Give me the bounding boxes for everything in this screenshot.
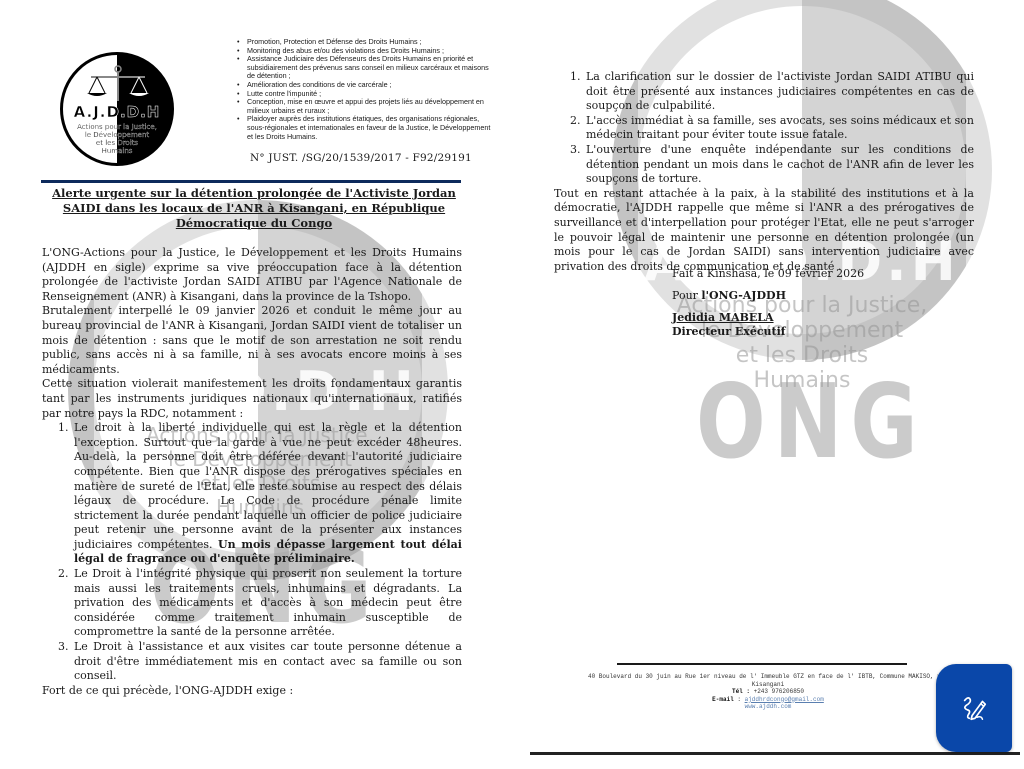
on-behalf-of: Pour l'ONG-AJDDH: [672, 289, 864, 303]
edit-sign-button[interactable]: [936, 664, 1012, 752]
registration-number: N° JUST. /SG/20/1539/2017 - F92/29191: [250, 152, 472, 164]
logo-subtitle: Actions pour la Justice, le Développemen…: [67, 123, 167, 155]
phone-label: Tél :: [732, 688, 750, 695]
footer-divider: [617, 663, 907, 665]
right-text: Le droit à la liberté individuelle qui e…: [74, 421, 462, 551]
page1-body: L'ONG-Actions pour la Justice, le Dévelo…: [42, 246, 462, 698]
watermark-line: et les Droits: [632, 343, 972, 368]
document-page-1: A.J.D.D.H Actions pour la Justice, le Dé…: [0, 0, 512, 769]
signatory-role: Directeur Exécutif: [672, 325, 864, 339]
intro-paragraph: L'ONG-Actions pour la Justice, le Dévelo…: [42, 246, 462, 304]
mission-item: Plaidoyer auprès des institutions étatiq…: [236, 115, 498, 141]
header-divider: [41, 180, 461, 183]
mission-list: Promotion, Protection et Défense des Dro…: [236, 38, 498, 141]
logo-subtitle-line: Humains: [67, 147, 167, 155]
demand-item: La clarification sur le dossier de l'act…: [584, 70, 974, 114]
email-separator: :: [734, 696, 745, 703]
on-behalf-org: l'ONG-AJDDH: [701, 289, 786, 302]
closing-line: Fort de ce qui précède, l'ONG-AJDDH exig…: [42, 684, 462, 699]
scales-of-justice-icon: [83, 65, 153, 103]
violation-paragraph: Cette situation violerait manifestement …: [42, 377, 462, 421]
document-title: Alerte urgente sur la détention prolongé…: [44, 186, 464, 231]
watermark-ong: ONG: [696, 363, 926, 482]
page2-body: La clarification sur le dossier de l'act…: [554, 70, 974, 274]
email-label: E-mail: [712, 696, 734, 703]
demand-item: L'ouverture d'une enquête indépendante s…: [584, 143, 974, 187]
logo-acronym: A.J.D.D.H: [63, 103, 171, 121]
logo-subtitle-line: et les Droits: [67, 139, 167, 147]
pen-scribble-icon: [959, 693, 989, 723]
email-link[interactable]: ajddhrdcongo@gmail.com: [745, 696, 824, 703]
right-item: Le Droit à l'intégrité physique qui pros…: [72, 567, 462, 640]
conclusion-paragraph: Tout en restant attachée à la paix, à la…: [554, 187, 974, 275]
rights-list: Le droit à la liberté individuelle qui e…: [42, 421, 462, 684]
signatory-name: Jedidia MABELA: [672, 311, 864, 325]
mission-item: Conception, mise en œuvre et appui des p…: [236, 98, 498, 115]
watermark-line: Humains: [632, 368, 972, 393]
demand-item: L'accès immédiat à sa famille, ses avoca…: [584, 114, 974, 143]
right-item: Le droit à la liberté individuelle qui e…: [72, 421, 462, 567]
logo-subtitle-line: Actions pour la Justice,: [67, 123, 167, 131]
arrest-paragraph: Brutalement interpellé le 09 janvier 202…: [42, 304, 462, 377]
footer-bottom-rule: [530, 752, 1020, 755]
document-page-2: A.J.D.D.H Actions pour la Justice, le Dé…: [512, 0, 1024, 769]
logo-subtitle-line: le Développement: [67, 131, 167, 139]
right-item: Le Droit à l'assistance et aux visites c…: [72, 640, 462, 684]
mission-item: Assistance Judiciaire des Défenseurs des…: [236, 55, 498, 81]
ajddh-logo: A.J.D.D.H Actions pour la Justice, le Dé…: [60, 52, 174, 166]
on-behalf-prefix: Pour: [672, 289, 701, 302]
signature-block: Fait à Kinshasa, le 09 février 2026 Pour…: [672, 267, 864, 339]
place-date: Fait à Kinshasa, le 09 février 2026: [672, 267, 864, 281]
right-text: Le Droit à l'assistance et aux visites c…: [74, 640, 462, 682]
demands-list: La clarification sur le dossier de l'act…: [554, 70, 974, 187]
right-text: Le Droit à l'intégrité physique qui pros…: [74, 567, 462, 638]
phone-value: +243 976206850: [750, 688, 804, 695]
